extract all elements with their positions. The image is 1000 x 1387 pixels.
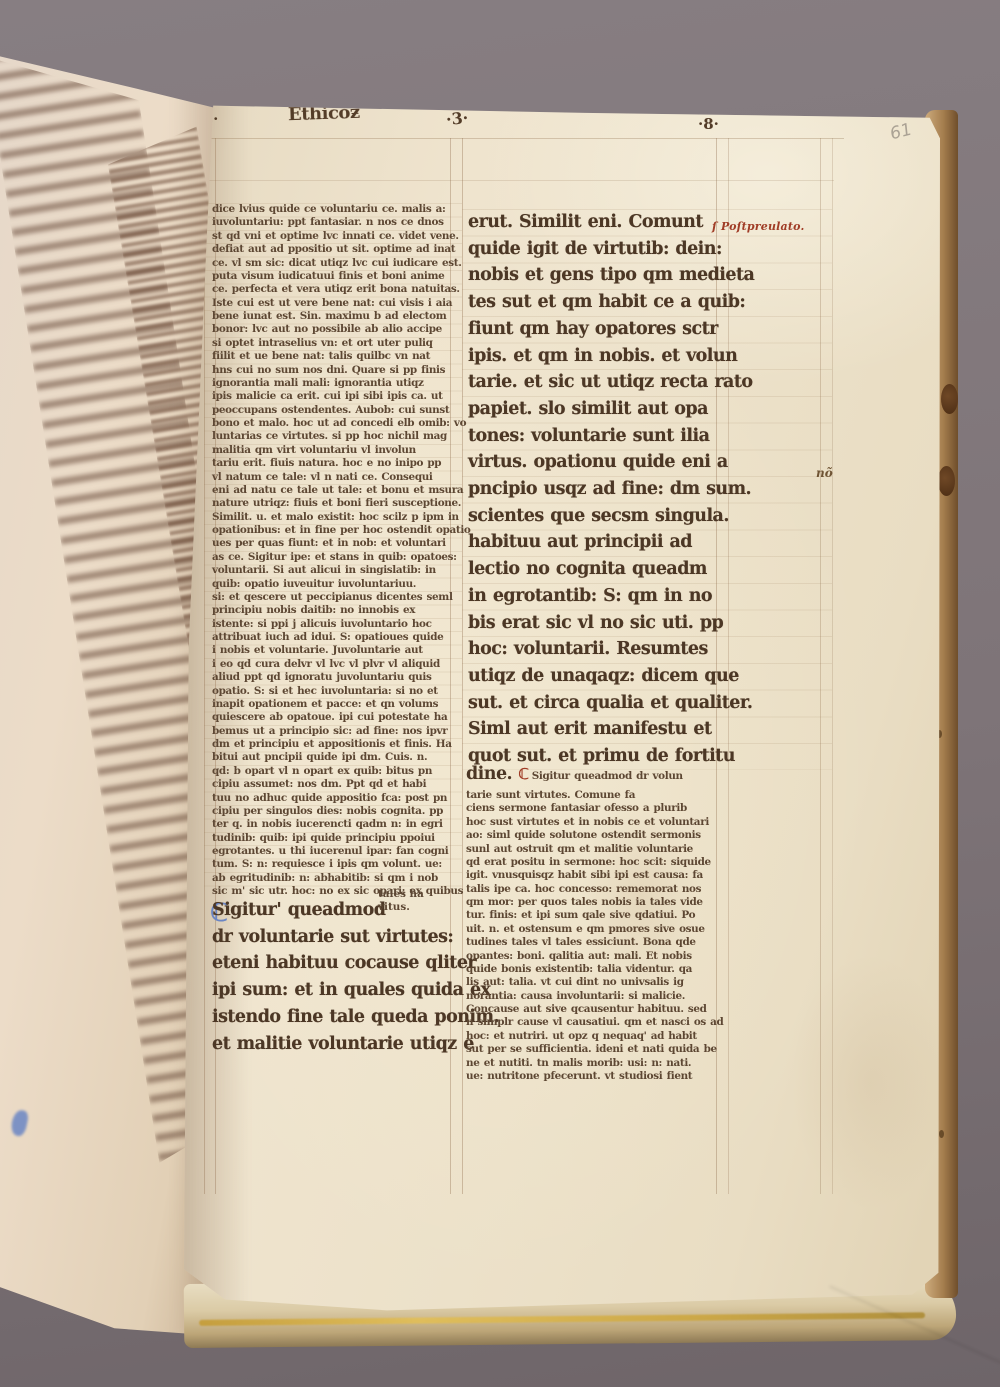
text-line: utiqz de unaqaqz: dicem que bbox=[468, 663, 722, 690]
manuscript-page: ·C· Ethicoƶ ·3· ·8· 61 dice lvius quide … bbox=[150, 102, 940, 1314]
text-line: igit. vnusquisqz habit sibi ipi est caus… bbox=[466, 869, 726, 882]
parchment-stain bbox=[790, 952, 950, 1212]
text-line: qd erat positu in sermone: hoc scit: siq… bbox=[466, 856, 726, 869]
text-line: ao: siml quide solutone ostendit sermoni… bbox=[466, 829, 726, 842]
text-line: ter q. in nobis iucerencti qadm n: in eg… bbox=[212, 818, 450, 831]
text-line: Iste cui est ut vere bene nat: cui visis… bbox=[212, 297, 450, 310]
text-line: principiu nobis daitib: no innobis ex bbox=[212, 604, 450, 617]
text-line: si: et qescere ut peccipianus dicentes s… bbox=[212, 591, 450, 604]
text-line: ignorantia mali mali: ignorantia utiqz bbox=[212, 377, 450, 390]
text-line: fiilit et ue bene nat: talis quilbc vn n… bbox=[212, 350, 450, 363]
ruling-line bbox=[820, 138, 821, 1194]
text-line: cipiu assumet: nos dm. Ppt qd et habi bbox=[212, 778, 450, 791]
right-column-main-text: erut. Similit eni. Comuntquide igit de v… bbox=[468, 209, 722, 770]
text-line: nobis et gens tipo qm medieta bbox=[468, 262, 722, 289]
text-line: egrotantes. u thi iucerenul ipar: fan co… bbox=[212, 845, 450, 858]
text-line: ipi sum: et in quales quida ex bbox=[212, 977, 454, 1004]
text-line: bitui aut pncipii quide ipi dm. Cuis. n. bbox=[212, 751, 450, 764]
text-line: voluntarii. Si aut alicui in singislatib… bbox=[212, 564, 450, 577]
marginal-nota-mark: nõ bbox=[816, 466, 833, 480]
text-line: quide igit de virtutib: dein: bbox=[468, 236, 722, 263]
text-line: lis aut: talia. vt cui dint no univsalis… bbox=[466, 976, 726, 989]
text-line: erut. Similit eni. Comunt bbox=[468, 209, 722, 236]
text-line: in egrotantib: S: qm in no bbox=[468, 583, 722, 610]
text-line: st qd vni et optime lvc innati ce. videt… bbox=[212, 230, 450, 243]
text-line: ce. vl sm sic: dicat utiqz lvc cui iudic… bbox=[212, 257, 450, 270]
text-line: ciens sermone fantasiar ofesso a plurib bbox=[466, 802, 726, 815]
commentary-lines: tarie sunt virtutes. Comune faciens serm… bbox=[466, 789, 726, 1083]
text-line: papiet. slo similit aut opa bbox=[468, 396, 722, 423]
text-line: lectio no cognita queadm bbox=[468, 556, 722, 583]
ruling-line bbox=[180, 180, 834, 181]
text-line: ne et nutiti. tn malis morib: usi: n: na… bbox=[466, 1057, 726, 1070]
gilt-edge-line bbox=[199, 1312, 925, 1326]
text-line: istente: si ppi j alicuis iuvoluntario h… bbox=[212, 618, 450, 631]
text-line: uit. n. et ostensum e qm pmores sive osu… bbox=[466, 923, 726, 936]
text-line: defiat aut ad ppositio ut sit. optime ad… bbox=[212, 243, 450, 256]
text-line: iuvoluntariu: ppt fantasiar. n nos ce dn… bbox=[212, 216, 450, 229]
text-line: peoccupans ostendentes. Aubob: cui sunst bbox=[212, 404, 450, 417]
text-line: hns cui no sum nos dni. Quare si pp fini… bbox=[212, 364, 450, 377]
text-line: tes sut et qm habit ce a quib: bbox=[468, 289, 722, 316]
text-line: bono et malo. hoc ut ad concedi elb omib… bbox=[212, 417, 450, 430]
text-line: i nobis et voluntarie. Juvoluntarie aut bbox=[212, 644, 450, 657]
text-line: pncipio usqz ad fine: dm sum. bbox=[468, 476, 722, 503]
text-line: tarie sunt virtutes. Comune fa bbox=[466, 789, 726, 802]
text-line: fiunt qm hay opatores sctr bbox=[468, 316, 722, 343]
text-line: Concause aut sive qcausentur habituu. se… bbox=[466, 1003, 726, 1016]
text-line: quib: opatio iuveuitur iuvoluntariuu. bbox=[212, 578, 450, 591]
text-line: opationibus: et in fine per hoc ostendit… bbox=[212, 524, 450, 537]
text-line: virtus. opationu quide eni a bbox=[468, 449, 722, 476]
text-line: si optet intraselius vn: et ort uter pul… bbox=[212, 337, 450, 350]
text-line: ues per quas fiunt: et in nob: et volunt… bbox=[212, 537, 450, 550]
text-line: tuu no adhuc quide appositio fca: post p… bbox=[212, 792, 450, 805]
text-line: ab egritudinib: n: abhabitib: si qm i no… bbox=[212, 872, 450, 885]
text-line: sunl aut ostruit qm et malitie voluntari… bbox=[466, 843, 726, 856]
ruling-line bbox=[180, 138, 844, 139]
text-line: quiescere ab opatoue. ipi cui potestate … bbox=[212, 711, 450, 724]
text-line: talis ipe ca. hoc concesso: rememorat no… bbox=[466, 883, 726, 896]
text-line: tudinib: quib: ipi quide principiu ppoiu… bbox=[212, 832, 450, 845]
commentary-first-words: Sigitur queadmod dr volun bbox=[532, 770, 683, 782]
text-line: istendo fine tale queda ponim. bbox=[212, 1004, 454, 1031]
text-line: tariu erit. fiuis natura. hoc e no inipo… bbox=[212, 457, 450, 470]
text-line: habituu aut principii ad bbox=[468, 529, 722, 556]
text-line: bene iunat est. Sin. maximu b ad electom bbox=[212, 310, 450, 323]
text-line: qd: b opart vl n opart ex quib: bitus pn bbox=[212, 765, 450, 778]
text-line: dm et principiu et appositionis et finis… bbox=[212, 738, 450, 751]
text-line: sut. et circa qualia et qualiter. bbox=[468, 690, 722, 717]
text-line: tales ha bbox=[378, 888, 424, 901]
text-line: bonor: lvc aut no possibile ab alio acci… bbox=[212, 323, 450, 336]
running-title: Ethicoƶ bbox=[288, 102, 360, 125]
text-line: scientes que secsm singula. bbox=[468, 503, 722, 530]
interlinear-addition: tales havitus. bbox=[378, 888, 424, 914]
text-line: eteni habituu cocause qliter bbox=[212, 950, 454, 977]
text-line: puta visum iudicatuui finis et boni anim… bbox=[212, 270, 450, 283]
text-line: dr voluntarie sut virtutes: bbox=[212, 924, 454, 951]
text-line: bemus ut a principio sic: ad fine: nos i… bbox=[212, 725, 450, 738]
text-line: aliud ppt qd ignoratu juvoluntariu quis bbox=[212, 671, 450, 684]
text-line: opantes: boni. qalitia aut: mali. Et nob… bbox=[466, 950, 726, 963]
manuscript-photo: ·C· Ethicoƶ ·3· ·8· 61 dice lvius quide … bbox=[0, 0, 1000, 1387]
text-line: cipiu per singulos dies: nobis cognita. … bbox=[212, 805, 450, 818]
edge-speck bbox=[939, 1130, 944, 1138]
text-line: dice lvius quide ce voluntariu ce. malis… bbox=[212, 203, 450, 216]
quire-number: ·8· bbox=[698, 115, 719, 133]
text-line: tarie. et sic ut utiqz recta rato bbox=[468, 369, 722, 396]
red-paraph-mark: ℂ bbox=[518, 765, 529, 783]
left-column-main-text: Sigitur' queadmoddr voluntarie sut virtu… bbox=[212, 897, 454, 1057]
marginal-chapter-note: ſ Poſtpreulato. bbox=[712, 220, 805, 233]
text-line: hoc: et nutriri. ut opz q nequaq' ad hab… bbox=[466, 1030, 726, 1043]
leather-index-tab bbox=[938, 466, 955, 496]
text-line: ipis malicie ca erit. cui ipi sibi ipis … bbox=[212, 390, 450, 403]
text-line: tur. finis: et ipi sum qale sive qdatiui… bbox=[466, 909, 726, 922]
text-line: ipis. et qm in nobis. et volun bbox=[468, 343, 722, 370]
text-line: tudines tales vl tales essiciunt. Bona q… bbox=[466, 936, 726, 949]
text-line: hoc: voluntarii. Resumtes bbox=[468, 636, 722, 663]
text-line: vl natum ce tale: vl n nati ce. Consequi bbox=[212, 471, 450, 484]
text-line: bis erat sic vl no sic uti. pp bbox=[468, 610, 722, 637]
text-line: as ce. Sigitur ipe: et stans in quib: op… bbox=[212, 551, 450, 564]
text-line: et malitie voluntarie utiqz e bbox=[212, 1031, 454, 1058]
text-line: tones: voluntarie sunt ilia bbox=[468, 423, 722, 450]
ruling-line bbox=[832, 138, 833, 1194]
text-line: attribuat iuch ad idui. S: opatioues qui… bbox=[212, 631, 450, 644]
text-line: opatio. S: si et hec iuvoluntaria: si no… bbox=[212, 685, 450, 698]
text-line: i eo qd cura delvr vl lvc vl plvr vl ali… bbox=[212, 658, 450, 671]
text-line: hoc sust virtutes et in nobis ce et volu… bbox=[466, 816, 726, 829]
text-line: tum. S: n: requiesce i ipis qm volunt. u… bbox=[212, 858, 450, 871]
text-line: nature utriqz: fiuis et boni fieri susce… bbox=[212, 497, 450, 510]
text-line: malitia qm virt voluntariu vl involun bbox=[212, 444, 450, 457]
text-line: ue: nutritone pfecerunt. vt studiosi fie… bbox=[466, 1070, 726, 1083]
text-line: inapit opationem et pacce: et qn volums bbox=[212, 698, 450, 711]
text-line: eni ad natu ce tale ut tale: et bonu et … bbox=[212, 484, 450, 497]
left-column-commentary: dice lvius quide ce voluntariu ce. malis… bbox=[212, 203, 450, 899]
text-line: quide bonis existentib: talia videntur. … bbox=[466, 963, 726, 976]
text-line: ce. perfecta et vera utiqz erit bona nat… bbox=[212, 283, 450, 296]
text-line: norantia: causa involuntarii: si malicie… bbox=[466, 990, 726, 1003]
text-line-mixed: dine.ℂSigitur queadmod dr volun bbox=[466, 768, 726, 789]
text-line: n simplr cause vl causatiui. qm et nasci… bbox=[466, 1016, 726, 1029]
book-number: ·3· bbox=[445, 108, 469, 129]
text-line: sut per se sufficientia. ideni et nati q… bbox=[466, 1043, 726, 1056]
text-line: luntarias ce virtutes. si pp hoc nichil … bbox=[212, 430, 450, 443]
text-line: qm mor: per quos tales nobis ia tales vi… bbox=[466, 896, 726, 909]
text-line: vitus. bbox=[378, 901, 424, 914]
right-column-commentary: dine.ℂSigitur queadmod dr volun tarie su… bbox=[466, 768, 726, 1083]
text-line: Similit. u. et malo existit: hoc scilz p… bbox=[212, 511, 450, 524]
leather-index-tab bbox=[941, 384, 958, 414]
folio-number-pencil: 61 bbox=[889, 119, 912, 144]
text-line: Siml aut erit manifestu et bbox=[468, 716, 722, 743]
main-text-word: dine. bbox=[466, 764, 512, 784]
